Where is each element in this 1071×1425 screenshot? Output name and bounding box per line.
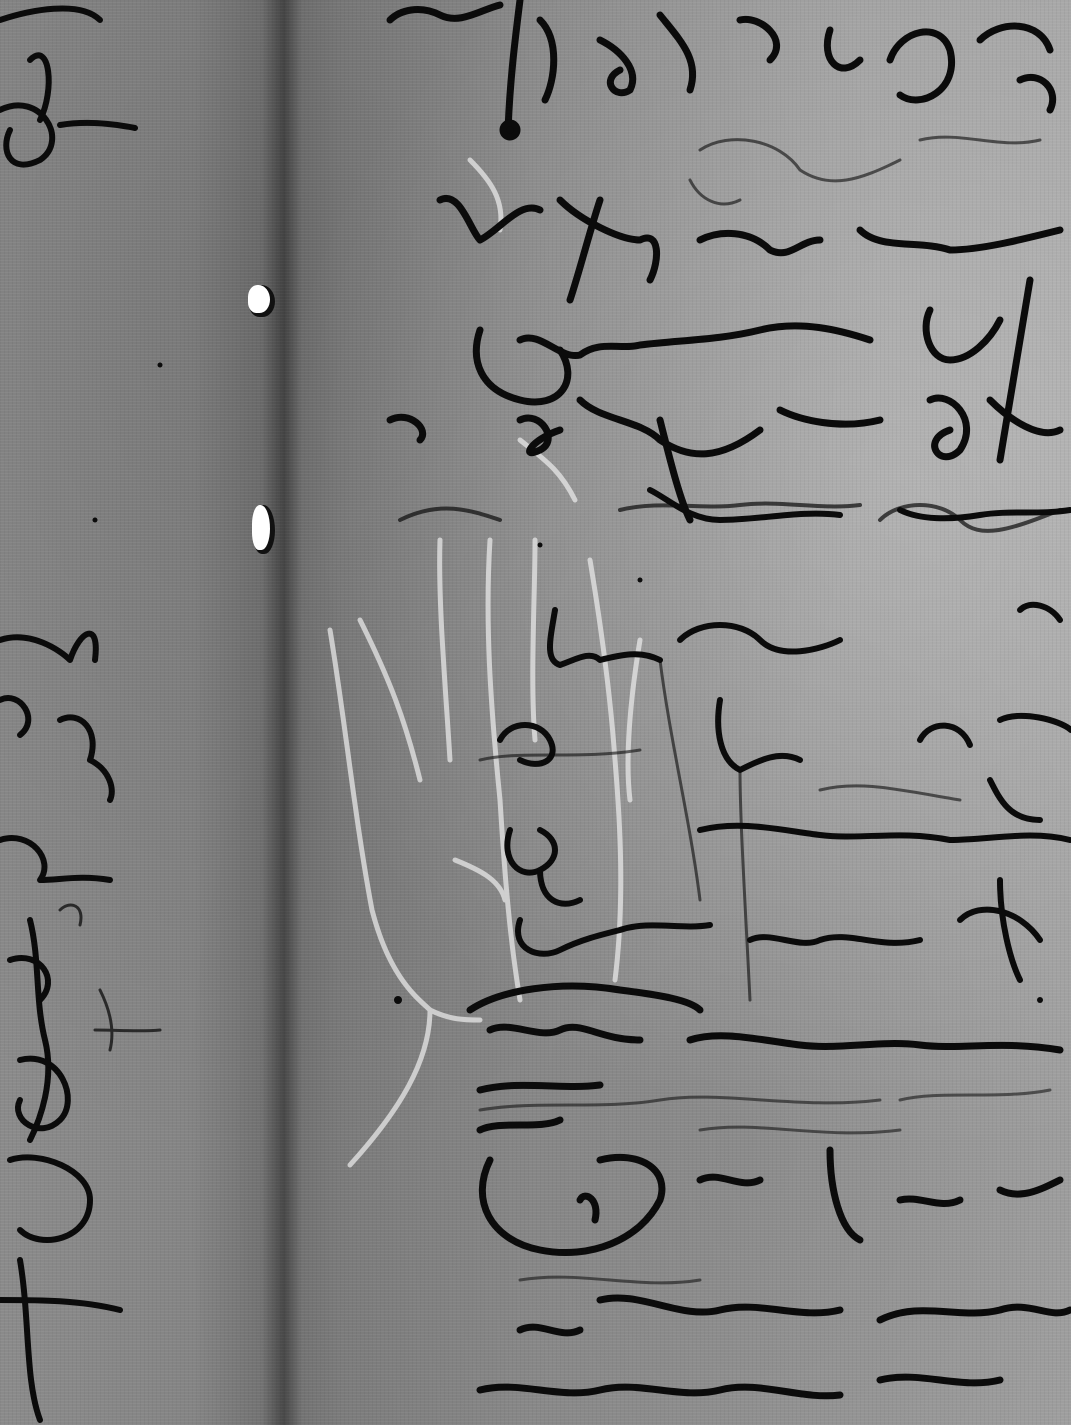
manuscript-photo — [0, 0, 1071, 1425]
handwritten-script — [0, 0, 1071, 1425]
main-text-top — [390, 0, 1053, 137]
left-margin-text — [0, 8, 135, 1420]
main-text-middle — [500, 605, 1071, 980]
main-text-lower — [470, 986, 1070, 1396]
